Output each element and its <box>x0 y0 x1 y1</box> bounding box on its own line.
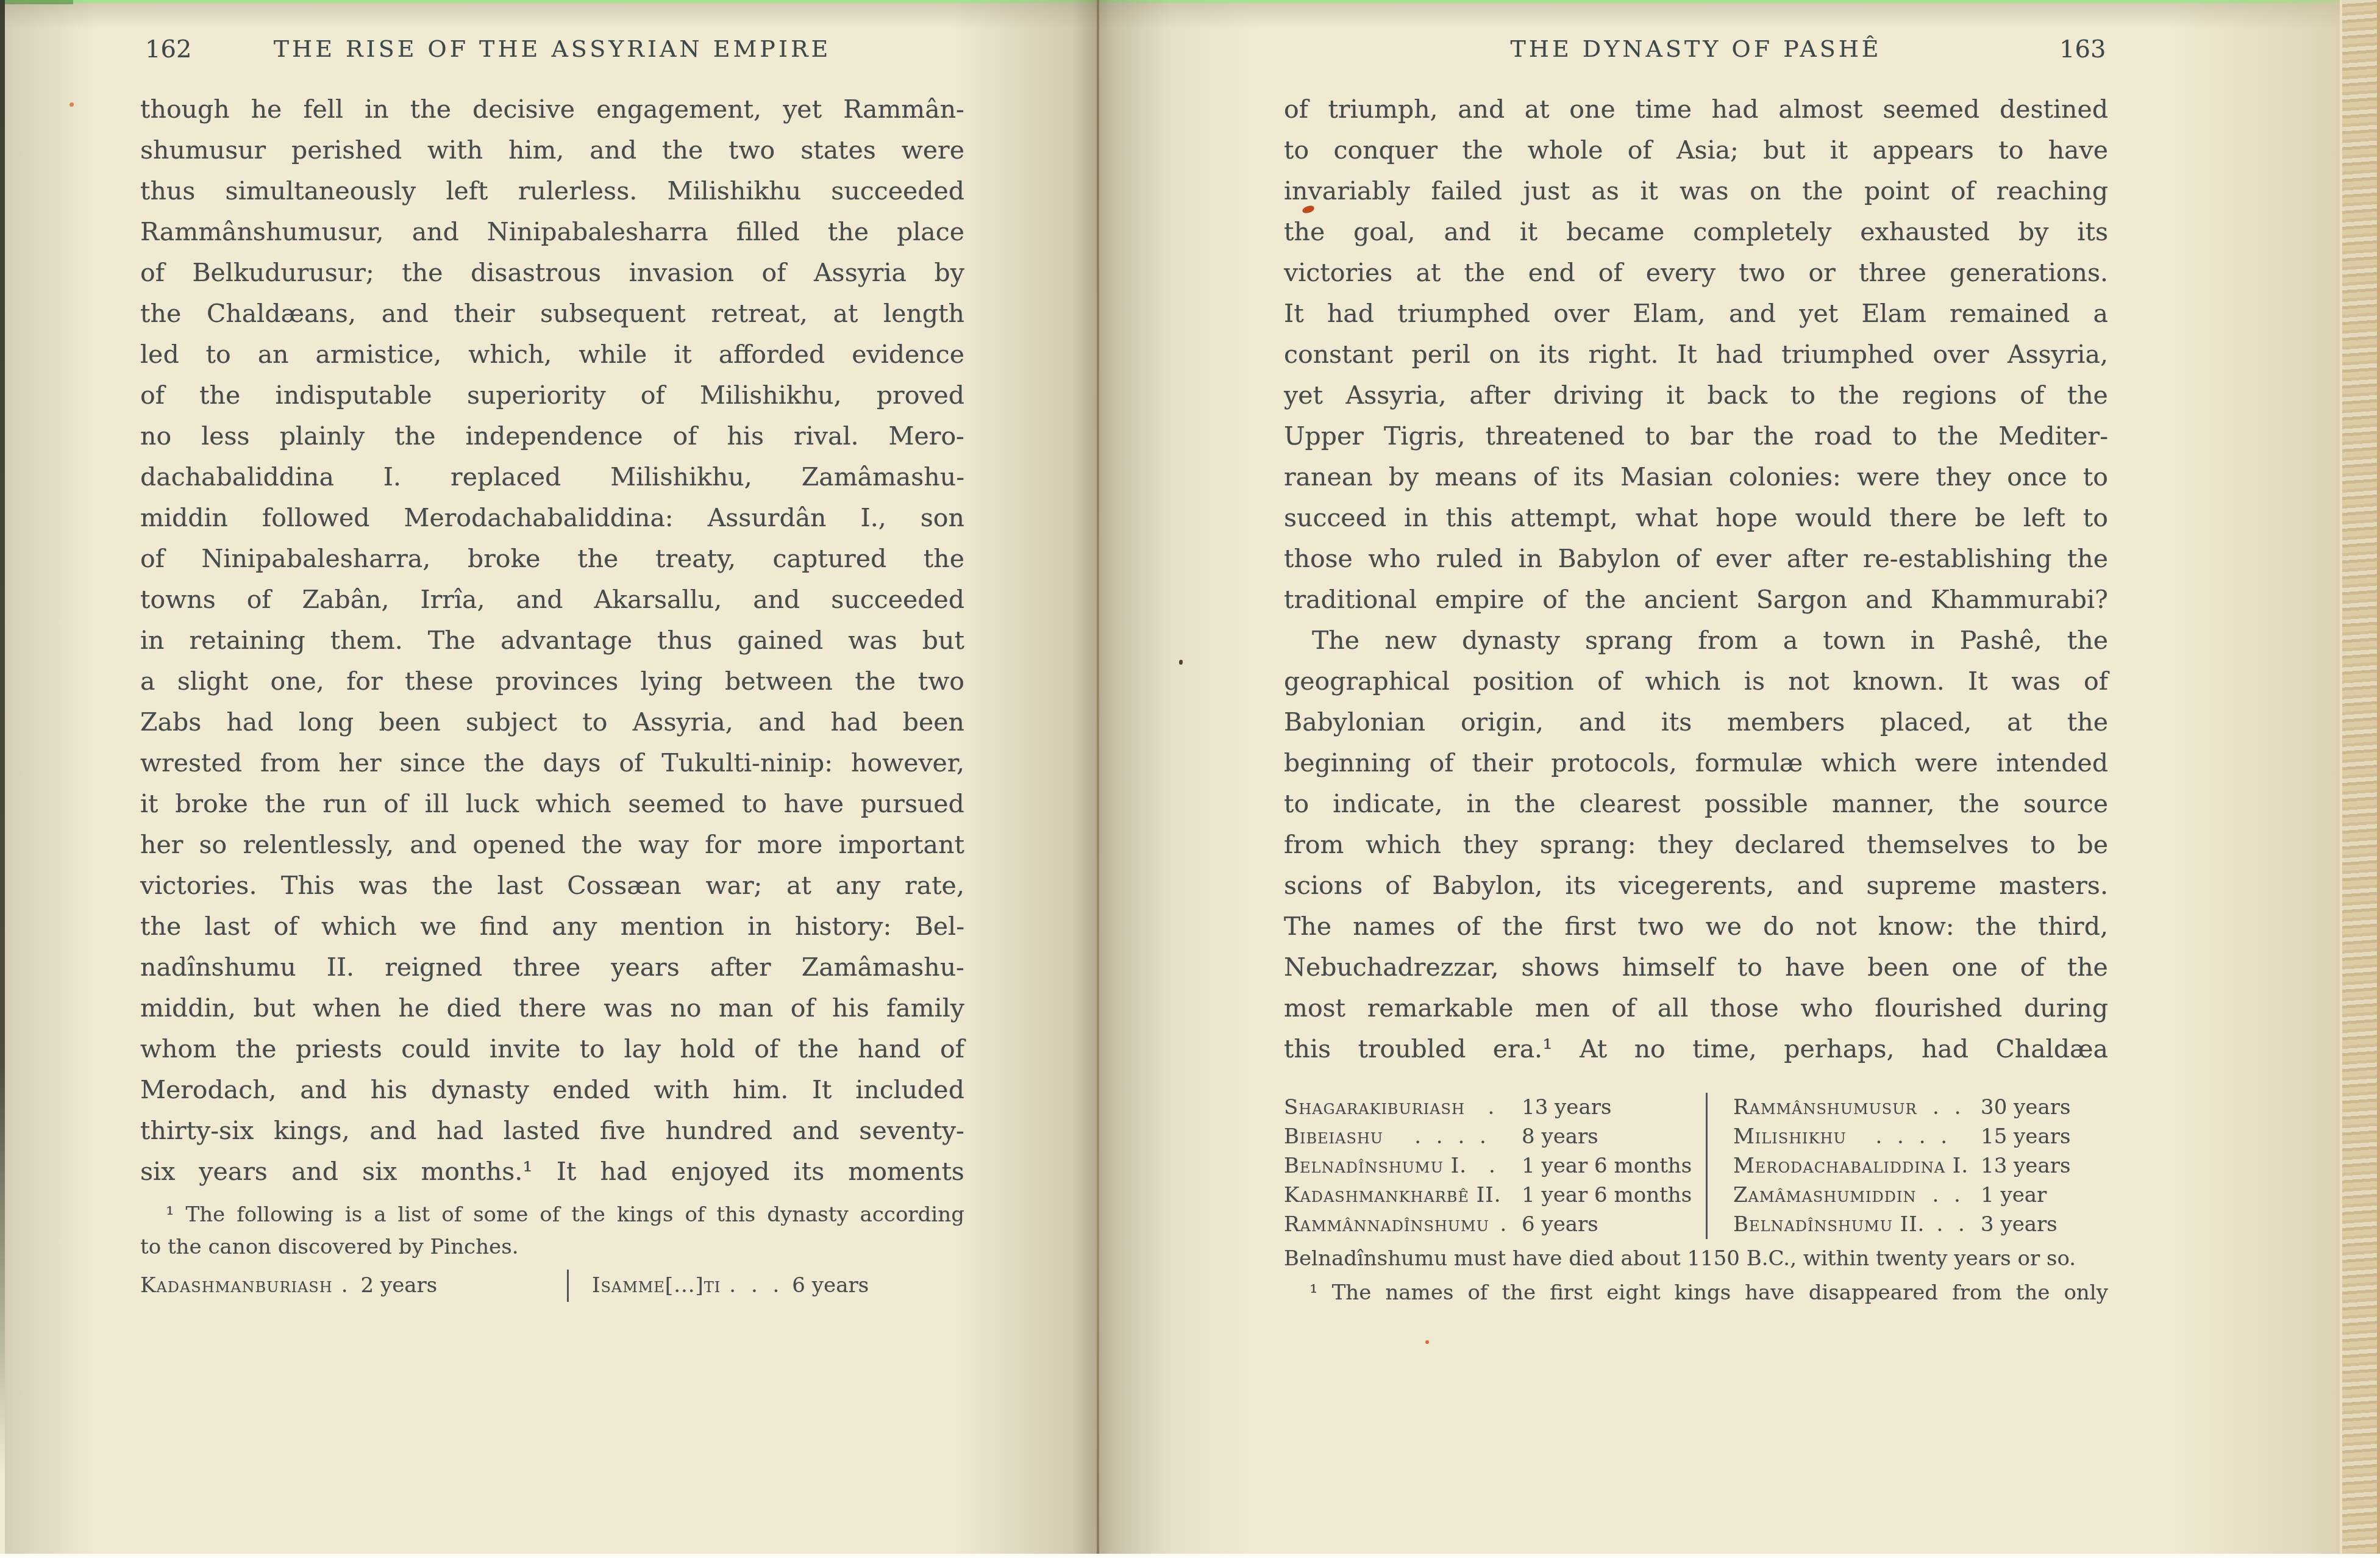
dot-leaders: . <box>1489 1210 1522 1239</box>
text-line: ofBelkudurusur;thedisastrousinvasionofAs… <box>140 252 964 293</box>
dot-leaders: . <box>1465 1093 1522 1122</box>
right-page-curve-shadow <box>2170 0 2341 1558</box>
king-reign-length: 6 years <box>792 1270 869 1302</box>
king-row: Merodachabaliddina I. 13 years <box>1733 1151 2116 1181</box>
text-line: thoughhefellinthedecisiveengagement,yetR… <box>140 89 964 130</box>
dot-leaders: . <box>1467 1151 1522 1181</box>
king-reign-length: 1 year <box>1981 1181 2116 1210</box>
text-line: aslightone,fortheseprovinceslyingbetween… <box>140 661 964 702</box>
king-name: Shagarakiburiash <box>1284 1093 1465 1122</box>
text-line: raneanbymeansofitsMasiancolonies:werethe… <box>1284 457 2108 498</box>
dot-leaders: . . <box>1925 1210 1981 1239</box>
text-line: toconquerthewholeofAsia;butitappearstoha… <box>1284 130 2108 171</box>
king-name: Kadashmankharbê II. <box>1284 1181 1501 1210</box>
text-line: thirty-sixkings,andhadlastedfivehundreda… <box>140 1110 964 1151</box>
king-reign-length: 3 years <box>1981 1210 2116 1239</box>
king-name: Zamâmashumiddin <box>1733 1181 1916 1210</box>
footnote-kings-row: Kadashmanburiash . 2 years Isamme[...]ti… <box>140 1270 964 1302</box>
king-name: Merodachabaliddina I. <box>1733 1151 1968 1181</box>
text-line: middin,butwhenhediedtherewasnomanofhisfa… <box>140 988 964 1029</box>
text-line: middinfollowedMerodachabaliddina:Assurdâ… <box>140 498 964 538</box>
king-name: Rammânnadînshumu <box>1284 1210 1489 1239</box>
text-line: UpperTigris,threatenedtobartheroadtotheM… <box>1284 416 2108 457</box>
text-line: yetAssyria,afterdrivingitbacktotheregion… <box>1284 375 2108 416</box>
text-line: hersorelentlessly,andopenedthewayformore… <box>140 824 964 865</box>
text-line: sixyearsandsixmonths.¹Ithadenjoyeditsmom… <box>140 1151 964 1192</box>
text-line: succeedinthisattempt,whathopewouldthereb… <box>1284 498 2108 538</box>
right-page-body: oftriumph,andatonetimehadalmostseemeddes… <box>1284 89 2108 1070</box>
king-reign-length: 6 years <box>1522 1210 1696 1239</box>
text-line: invariablyfailedjustasitwasonthepointofr… <box>1284 171 2108 212</box>
left-page-shadow <box>5 0 96 1558</box>
king-row: Milishikhu . . . . 15 years <box>1733 1122 2116 1151</box>
column-divider <box>567 1270 569 1302</box>
text-line: fromwhichtheysprang:theydeclaredthemselv… <box>1284 824 2108 865</box>
text-line: Rammânshumusur,andNinipabalesharrafilled… <box>140 212 964 252</box>
text-line: ofNinipabalesharra,brokethetreaty,captur… <box>140 538 964 579</box>
king-name: Kadashmanburiash <box>140 1270 333 1302</box>
text-line: constantperilonitsright.Ithadtriumphedov… <box>1284 334 2108 375</box>
text-line: oftriumph,andatonetimehadalmostseemeddes… <box>1284 89 2108 130</box>
dot-leaders: . . . . <box>1383 1122 1522 1151</box>
text-line: thistroubledera.¹Atnotime,perhaps,hadCha… <box>1284 1029 2108 1070</box>
scan-right-edge <box>2377 0 2380 1558</box>
text-line: nadînshumuII.reignedthreeyearsafterZamâm… <box>140 947 964 988</box>
text-line: thussimultaneouslyleftrulerless.Milishik… <box>140 171 964 212</box>
king-name: Isamme[...]ti <box>592 1270 721 1302</box>
text-line: ZabshadlongbeensubjecttoAssyria,andhadbe… <box>140 702 964 743</box>
king-entry: Kadashmanburiash . 2 years <box>140 1270 567 1302</box>
text-line: geographicalpositionofwhichisnotknown.It… <box>1284 661 2108 702</box>
text-line: ledtoanarmistice,which,whileitaffordedev… <box>140 334 964 375</box>
footnote-line: ¹Thefollowingisalistofsomeofthekingsofth… <box>140 1199 964 1231</box>
book-gutter-shadow <box>951 0 1256 1558</box>
text-line: mostremarkablemenofallthosewhoflourished… <box>1284 988 2108 1029</box>
dot-leaders: . . <box>1916 1181 1981 1210</box>
scan-left-edge <box>0 0 5 1476</box>
king-reign-length: 13 years <box>1981 1151 2116 1181</box>
dot-leaders: . . . <box>721 1270 792 1302</box>
kings-column-left: Shagarakiburiash . 13 years Bibeiashu . … <box>1284 1093 1706 1239</box>
text-line: ThenewdynastysprangfromatowninPashê,the <box>1284 620 2108 661</box>
table-note-line: Belnadînshumu must have died about 1150 … <box>1284 1243 2108 1274</box>
page-stack-edge <box>2340 0 2380 1558</box>
king-reign-length: 8 years <box>1522 1122 1696 1151</box>
text-line: traditionalempireoftheancientSargonandKh… <box>1284 579 2108 620</box>
paper-speck <box>1179 660 1183 665</box>
king-reign-length: 13 years <box>1522 1093 1696 1122</box>
footnote-line: to the canon discovered by Pinches. <box>140 1231 964 1263</box>
text-line: whomthepriestscouldinvitetolayholdoftheh… <box>140 1029 964 1070</box>
king-row: Zamâmashumiddin . . 1 year <box>1733 1181 2116 1210</box>
text-line: inretainingthem.Theadvantagethusgainedwa… <box>140 620 964 661</box>
king-reign-length: 15 years <box>1981 1122 2116 1151</box>
king-reign-length: 1 year 6 months <box>1522 1181 1696 1210</box>
king-name: Milishikhu <box>1733 1122 1847 1151</box>
text-line: scionsofBabylon,itsvicegerents,andsuprem… <box>1284 865 2108 906</box>
king-row: Bibeiashu . . . . 8 years <box>1284 1122 1696 1151</box>
text-line: oftheindisputablesuperiorityofMilishikhu… <box>140 375 964 416</box>
left-page-body: thoughhefellinthedecisiveengagement,yetR… <box>140 89 964 1192</box>
dot-leaders: . . <box>1917 1093 1981 1122</box>
text-line: Nebuchadrezzar,showshimselftohavebeenone… <box>1284 947 2108 988</box>
text-line: Merodach,andhisdynastyendedwithhim.Itinc… <box>140 1070 964 1110</box>
book-scan: 162 THE RISE OF THE ASSYRIAN EMPIRE thou… <box>0 0 2380 1558</box>
right-page-number: 163 <box>2059 35 2106 63</box>
text-line: nolessplainlytheindependenceofhisrival.M… <box>140 416 964 457</box>
text-line: IthadtriumphedoverElam,andyetElamremaine… <box>1284 293 2108 334</box>
text-line: victoriesattheendofeverytwoorthreegenera… <box>1284 252 2108 293</box>
text-line: beginningoftheirprotocols,formulæwhichwe… <box>1284 743 2108 784</box>
dot-leaders: . . . . <box>1847 1122 1981 1151</box>
text-line: itbroketherunofillluckwhichseemedtohavep… <box>140 784 964 824</box>
scan-bottom-edge <box>0 1554 2380 1558</box>
king-row: Belnadînshumu I. . 1 year 6 months <box>1284 1151 1696 1181</box>
king-row: Shagarakiburiash . 13 years <box>1284 1093 1696 1122</box>
king-row: Rammânnadînshumu . 6 years <box>1284 1210 1696 1239</box>
kings-column-right: Rammânshumusur . . 30 years Milishikhu .… <box>1706 1093 2116 1239</box>
king-reign-length: 30 years <box>1981 1093 2116 1122</box>
king-row: Rammânshumusur . . 30 years <box>1733 1093 2116 1122</box>
king-name: Rammânshumusur <box>1733 1093 1917 1122</box>
paper-speck <box>69 102 74 107</box>
king-entry: Isamme[...]ti . . . 6 years <box>592 1270 869 1302</box>
text-line: thosewhoruledinBabylonofeverafterre-esta… <box>1284 538 2108 579</box>
text-line: shumusurperishedwithhim,andthetwostatesw… <box>140 130 964 171</box>
text-line: townsofZabân,Irrîa,andAkarsallu,andsucce… <box>140 579 964 620</box>
king-row: Belnadînshumu II. . . 3 years <box>1733 1210 2116 1239</box>
dot-leaders: . <box>333 1270 361 1302</box>
right-running-title: THE DYNASTY OF PASHÊ <box>1284 35 2108 62</box>
king-reign-length: 1 year 6 months <box>1522 1151 1696 1181</box>
page-stack-texture <box>2342 0 2380 1558</box>
left-page-footnote: ¹Thefollowingisalistofsomeofthekingsofth… <box>140 1199 964 1302</box>
text-line: victories.ThiswasthelastCossæanwar;atany… <box>140 865 964 906</box>
king-name: Belnadînshumu I. <box>1284 1151 1467 1181</box>
book-spine-seam <box>1097 0 1099 1558</box>
text-line: dachabaliddinaI.replacedMilishikhu,Zamâm… <box>140 457 964 498</box>
left-running-title: THE RISE OF THE ASSYRIAN EMPIRE <box>140 35 964 62</box>
text-line: theChaldæans,andtheirsubsequentretreat,a… <box>140 293 964 334</box>
paper-speck <box>1425 1340 1429 1344</box>
text-line: wrestedfromhersincethedaysofTukulti-nini… <box>140 743 964 784</box>
text-line: thelastofwhichwefindanymentioninhistory:… <box>140 906 964 947</box>
footnote-line: ¹Thenamesofthefirsteightkingshavedisappe… <box>1284 1277 2108 1309</box>
king-name: Bibeiashu <box>1284 1122 1383 1151</box>
right-page-footnote: ¹Thenamesofthefirsteightkingshavedisappe… <box>1284 1277 2108 1309</box>
king-reign-length: 2 years <box>361 1270 438 1302</box>
king-name: Belnadînshumu II. <box>1733 1210 1925 1239</box>
text-line: thegoal,anditbecamecompletelyexhaustedby… <box>1284 212 2108 252</box>
text-line: Babylonianorigin,anditsmembersplaced,att… <box>1284 702 2108 743</box>
text-line: toindicate,intheclearestpossiblemanner,t… <box>1284 784 2108 824</box>
text-line: Thenamesofthefirsttwowedonotknow:thethir… <box>1284 906 2108 947</box>
kings-table: Shagarakiburiash . 13 years Bibeiashu . … <box>1284 1093 2108 1239</box>
king-row: Kadashmankharbê II. 1 year 6 months <box>1284 1181 1696 1210</box>
